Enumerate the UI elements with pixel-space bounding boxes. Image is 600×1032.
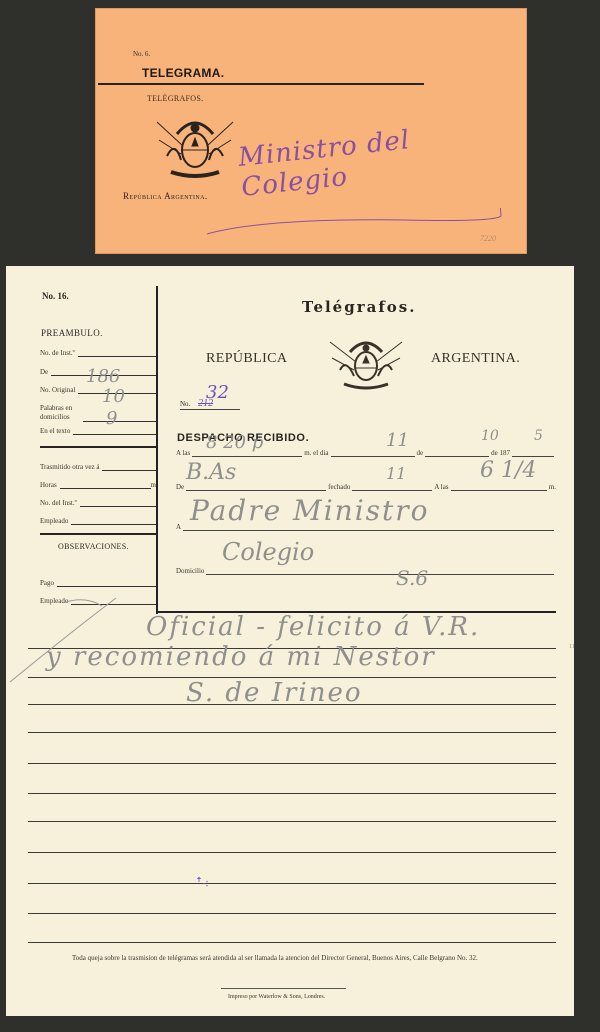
handwritten-origin: B.As bbox=[186, 460, 236, 485]
field-label: A las bbox=[434, 483, 448, 491]
field-line bbox=[352, 482, 432, 491]
message-line bbox=[28, 942, 556, 943]
message-line bbox=[28, 913, 556, 914]
field-line bbox=[83, 413, 156, 422]
field-label: En el texto bbox=[40, 427, 70, 435]
field-no-inst[interactable]: No. del Inst.º bbox=[40, 498, 156, 507]
handwritten-addressee: Padre Ministro bbox=[190, 494, 430, 527]
field-label: Trasmitido otra vez á bbox=[40, 463, 99, 471]
envelope-subtitle: TELÈGRAFOS. bbox=[147, 94, 203, 103]
telegram-form: No. 16. PREAMBULO. No. de Inst.º De No. … bbox=[6, 266, 574, 1016]
field-label: Horas bbox=[40, 481, 57, 489]
field-label: Palabras en domicilios bbox=[40, 404, 80, 422]
field-trasmitido[interactable]: Trasmitido otra vez á bbox=[40, 462, 156, 471]
field-line bbox=[512, 448, 554, 457]
envelope-divider bbox=[98, 83, 424, 85]
field-label: fechado bbox=[328, 483, 350, 491]
form-number: No. 16. bbox=[42, 291, 69, 301]
side-pencil-mark: 11 bbox=[569, 644, 575, 650]
message-line bbox=[28, 852, 556, 853]
handwritten-year: 5 bbox=[534, 428, 543, 444]
preamble-divider bbox=[40, 446, 156, 448]
printer-rule bbox=[221, 988, 346, 989]
form-header-title: Telégrafos. bbox=[302, 298, 416, 316]
field-label: No. de Inst.º bbox=[40, 349, 75, 357]
handwritten-domicilio: Colegio bbox=[222, 538, 314, 566]
field-suffix: m. bbox=[549, 483, 556, 491]
envelope-title: TELEGRAMA. bbox=[142, 66, 224, 80]
field-line bbox=[78, 348, 156, 357]
handwritten-message-line-1: Oficial - felicito á V.R. bbox=[146, 612, 480, 642]
handwritten-month: 10 bbox=[481, 428, 499, 444]
telegram-envelope: No. 6. TELEGRAMA. TELÈGRAFOS. República … bbox=[95, 8, 527, 254]
field-label: A las bbox=[176, 449, 190, 457]
handwritten-signature: S. de Irineo bbox=[186, 678, 363, 708]
field-line bbox=[425, 448, 489, 457]
field-line bbox=[71, 516, 156, 525]
field-suffix: m bbox=[151, 481, 156, 489]
field-pago[interactable]: Pago bbox=[40, 578, 156, 587]
envelope-handwritten-address: Ministro del Colegio bbox=[237, 113, 529, 203]
field-line bbox=[206, 566, 554, 575]
field-label: de bbox=[417, 449, 424, 457]
handwritten-palabras: 10 bbox=[102, 386, 125, 407]
field-empleado[interactable]: Empleado bbox=[40, 516, 156, 525]
field-label: No. del Inst.º bbox=[40, 499, 77, 507]
message-line bbox=[28, 732, 556, 733]
printer-imprint: Impreso por Waterlow & Sons, Londres. bbox=[228, 994, 325, 1000]
field-label: Pago bbox=[40, 579, 54, 587]
coat-of-arms-icon bbox=[326, 334, 406, 392]
field-label: Empleado bbox=[40, 517, 68, 525]
field-line bbox=[57, 578, 156, 587]
envelope-form-number: No. 6. bbox=[133, 50, 150, 58]
handwritten-time: 8 20 p bbox=[206, 432, 263, 453]
handwritten-fechado: 11 bbox=[386, 464, 406, 483]
field-line bbox=[60, 480, 151, 489]
field-label: de 187 bbox=[491, 449, 510, 457]
envelope-country: República Argentina. bbox=[123, 191, 208, 201]
handwritten-time-sent: 6 1/4 bbox=[480, 458, 536, 483]
dispatch-number-handwritten: 32 bbox=[206, 382, 229, 403]
field-line bbox=[80, 498, 156, 507]
handwritten-original-number: 186 bbox=[86, 366, 120, 387]
field-label: De bbox=[40, 368, 48, 376]
field-line bbox=[102, 462, 156, 471]
handwritten-texto: 9 bbox=[106, 408, 117, 429]
message-line bbox=[28, 821, 556, 822]
envelope-underline-flourish bbox=[205, 208, 505, 238]
handwritten-day: 11 bbox=[386, 430, 409, 451]
preamble-field-palabras[interactable]: Palabras en domicilios bbox=[40, 404, 156, 422]
domicilio-row[interactable]: Domicilio bbox=[176, 566, 556, 575]
field-label: Domicilio bbox=[176, 567, 204, 575]
field-label: No. Original bbox=[40, 386, 75, 394]
observaciones-title: OBSERVACIONES. bbox=[58, 542, 129, 551]
transmission-divider bbox=[40, 533, 156, 535]
field-label: De bbox=[176, 483, 184, 491]
country-left: REPÚBLICA bbox=[206, 351, 287, 367]
coat-of-arms-icon bbox=[155, 110, 235, 182]
field-label: A bbox=[176, 523, 181, 531]
field-line bbox=[451, 482, 547, 491]
message-line bbox=[28, 763, 556, 764]
footer-notice: Toda queja sobre la trasmision de telégr… bbox=[28, 952, 558, 964]
purple-stamp-mark: ꜛ⁖ bbox=[196, 877, 209, 892]
handwritten-flourish bbox=[6, 596, 126, 686]
field-label: m. el dia bbox=[304, 449, 328, 457]
message-line bbox=[28, 883, 556, 884]
handwritten-extra: S.6 bbox=[396, 566, 428, 590]
dispatch-number-label: No. bbox=[180, 400, 190, 408]
form-column-divider bbox=[156, 286, 158, 614]
preamble-title: PREAMBULO. bbox=[41, 328, 103, 338]
message-line bbox=[28, 793, 556, 794]
country-right: ARGENTINA. bbox=[431, 351, 520, 367]
envelope-pencil-note: 7220 bbox=[480, 234, 496, 243]
preamble-field-texto[interactable]: En el texto bbox=[40, 426, 156, 435]
preamble-field-inst[interactable]: No. de Inst.º bbox=[40, 348, 156, 357]
field-horas[interactable]: Horasm bbox=[40, 480, 156, 489]
